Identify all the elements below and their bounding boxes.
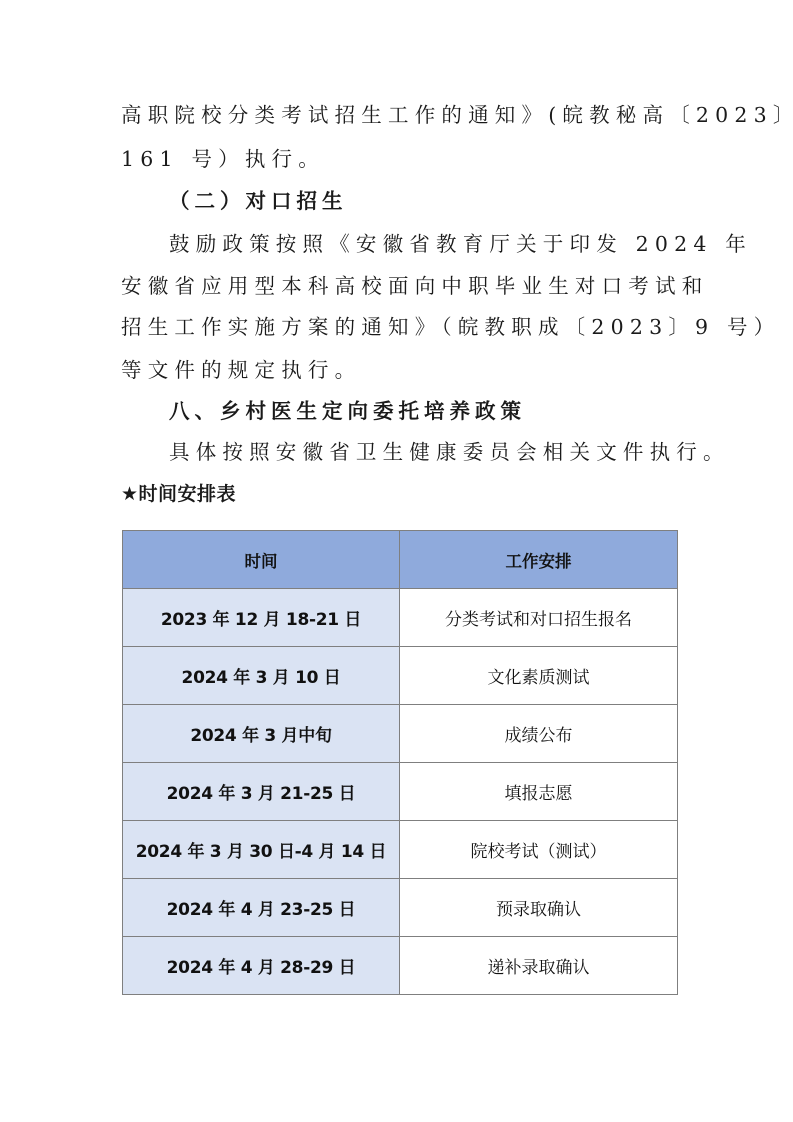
cell-task: 院校考试（测试）	[400, 821, 678, 879]
table-row: 2024 年 3 月 21-25 日 填报志愿	[123, 763, 678, 821]
header-task: 工作安排	[400, 531, 678, 589]
table-row: 2024 年 4 月 23-25 日 预录取确认	[123, 879, 678, 937]
cell-task: 递补录取确认	[400, 937, 678, 995]
paragraph-line: 高职院校分类考试招生工作的通知》(皖教秘高〔2023〕	[121, 101, 793, 129]
cell-time: 2024 年 3 月中旬	[123, 705, 400, 763]
cell-time: 2024 年 4 月 28-29 日	[123, 937, 400, 995]
cell-time: 2024 年 4 月 23-25 日	[123, 879, 400, 937]
section-heading-eight: 八、乡村医生定向委托培养政策	[169, 397, 526, 425]
cell-task: 文化素质测试	[400, 647, 678, 705]
table-row: 2024 年 4 月 28-29 日 递补录取确认	[123, 937, 678, 995]
cell-time: 2024 年 3 月 10 日	[123, 647, 400, 705]
table-row: 2024 年 3 月 30 日-4 月 14 日 院校考试（测试）	[123, 821, 678, 879]
paragraph-line: 安徽省应用型本科高校面向中职毕业生对口考试和	[121, 272, 708, 300]
schedule-title: ★时间安排表	[121, 480, 236, 508]
cell-time: 2024 年 3 月 21-25 日	[123, 763, 400, 821]
table-row: 2024 年 3 月 10 日 文化素质测试	[123, 647, 678, 705]
paragraph-line: 招生工作实施方案的通知》（皖教职成〔2023〕9 号）	[121, 313, 780, 341]
paragraph-line: 具体按照安徽省卫生健康委员会相关文件执行。	[169, 438, 730, 466]
table-header-row: 时间 工作安排	[123, 531, 678, 589]
paragraph-line: 等文件的规定执行。	[121, 356, 361, 384]
cell-task: 预录取确认	[400, 879, 678, 937]
header-time: 时间	[123, 531, 400, 589]
cell-task: 填报志愿	[400, 763, 678, 821]
table-row: 2023 年 12 月 18-21 日 分类考试和对口招生报名	[123, 589, 678, 647]
cell-task: 分类考试和对口招生报名	[400, 589, 678, 647]
paragraph-line: 鼓励政策按照《安徽省教育厅关于印发 2024 年	[169, 230, 752, 258]
subheading-duikou-zhaosheng: （二）对口招生	[169, 187, 348, 215]
cell-time: 2023 年 12 月 18-21 日	[123, 589, 400, 647]
schedule-table: 时间 工作安排 2023 年 12 月 18-21 日 分类考试和对口招生报名 …	[122, 530, 678, 995]
cell-task: 成绩公布	[400, 705, 678, 763]
paragraph-line: 161 号）执行。	[121, 145, 325, 173]
cell-time: 2024 年 3 月 30 日-4 月 14 日	[123, 821, 400, 879]
table-row: 2024 年 3 月中旬 成绩公布	[123, 705, 678, 763]
